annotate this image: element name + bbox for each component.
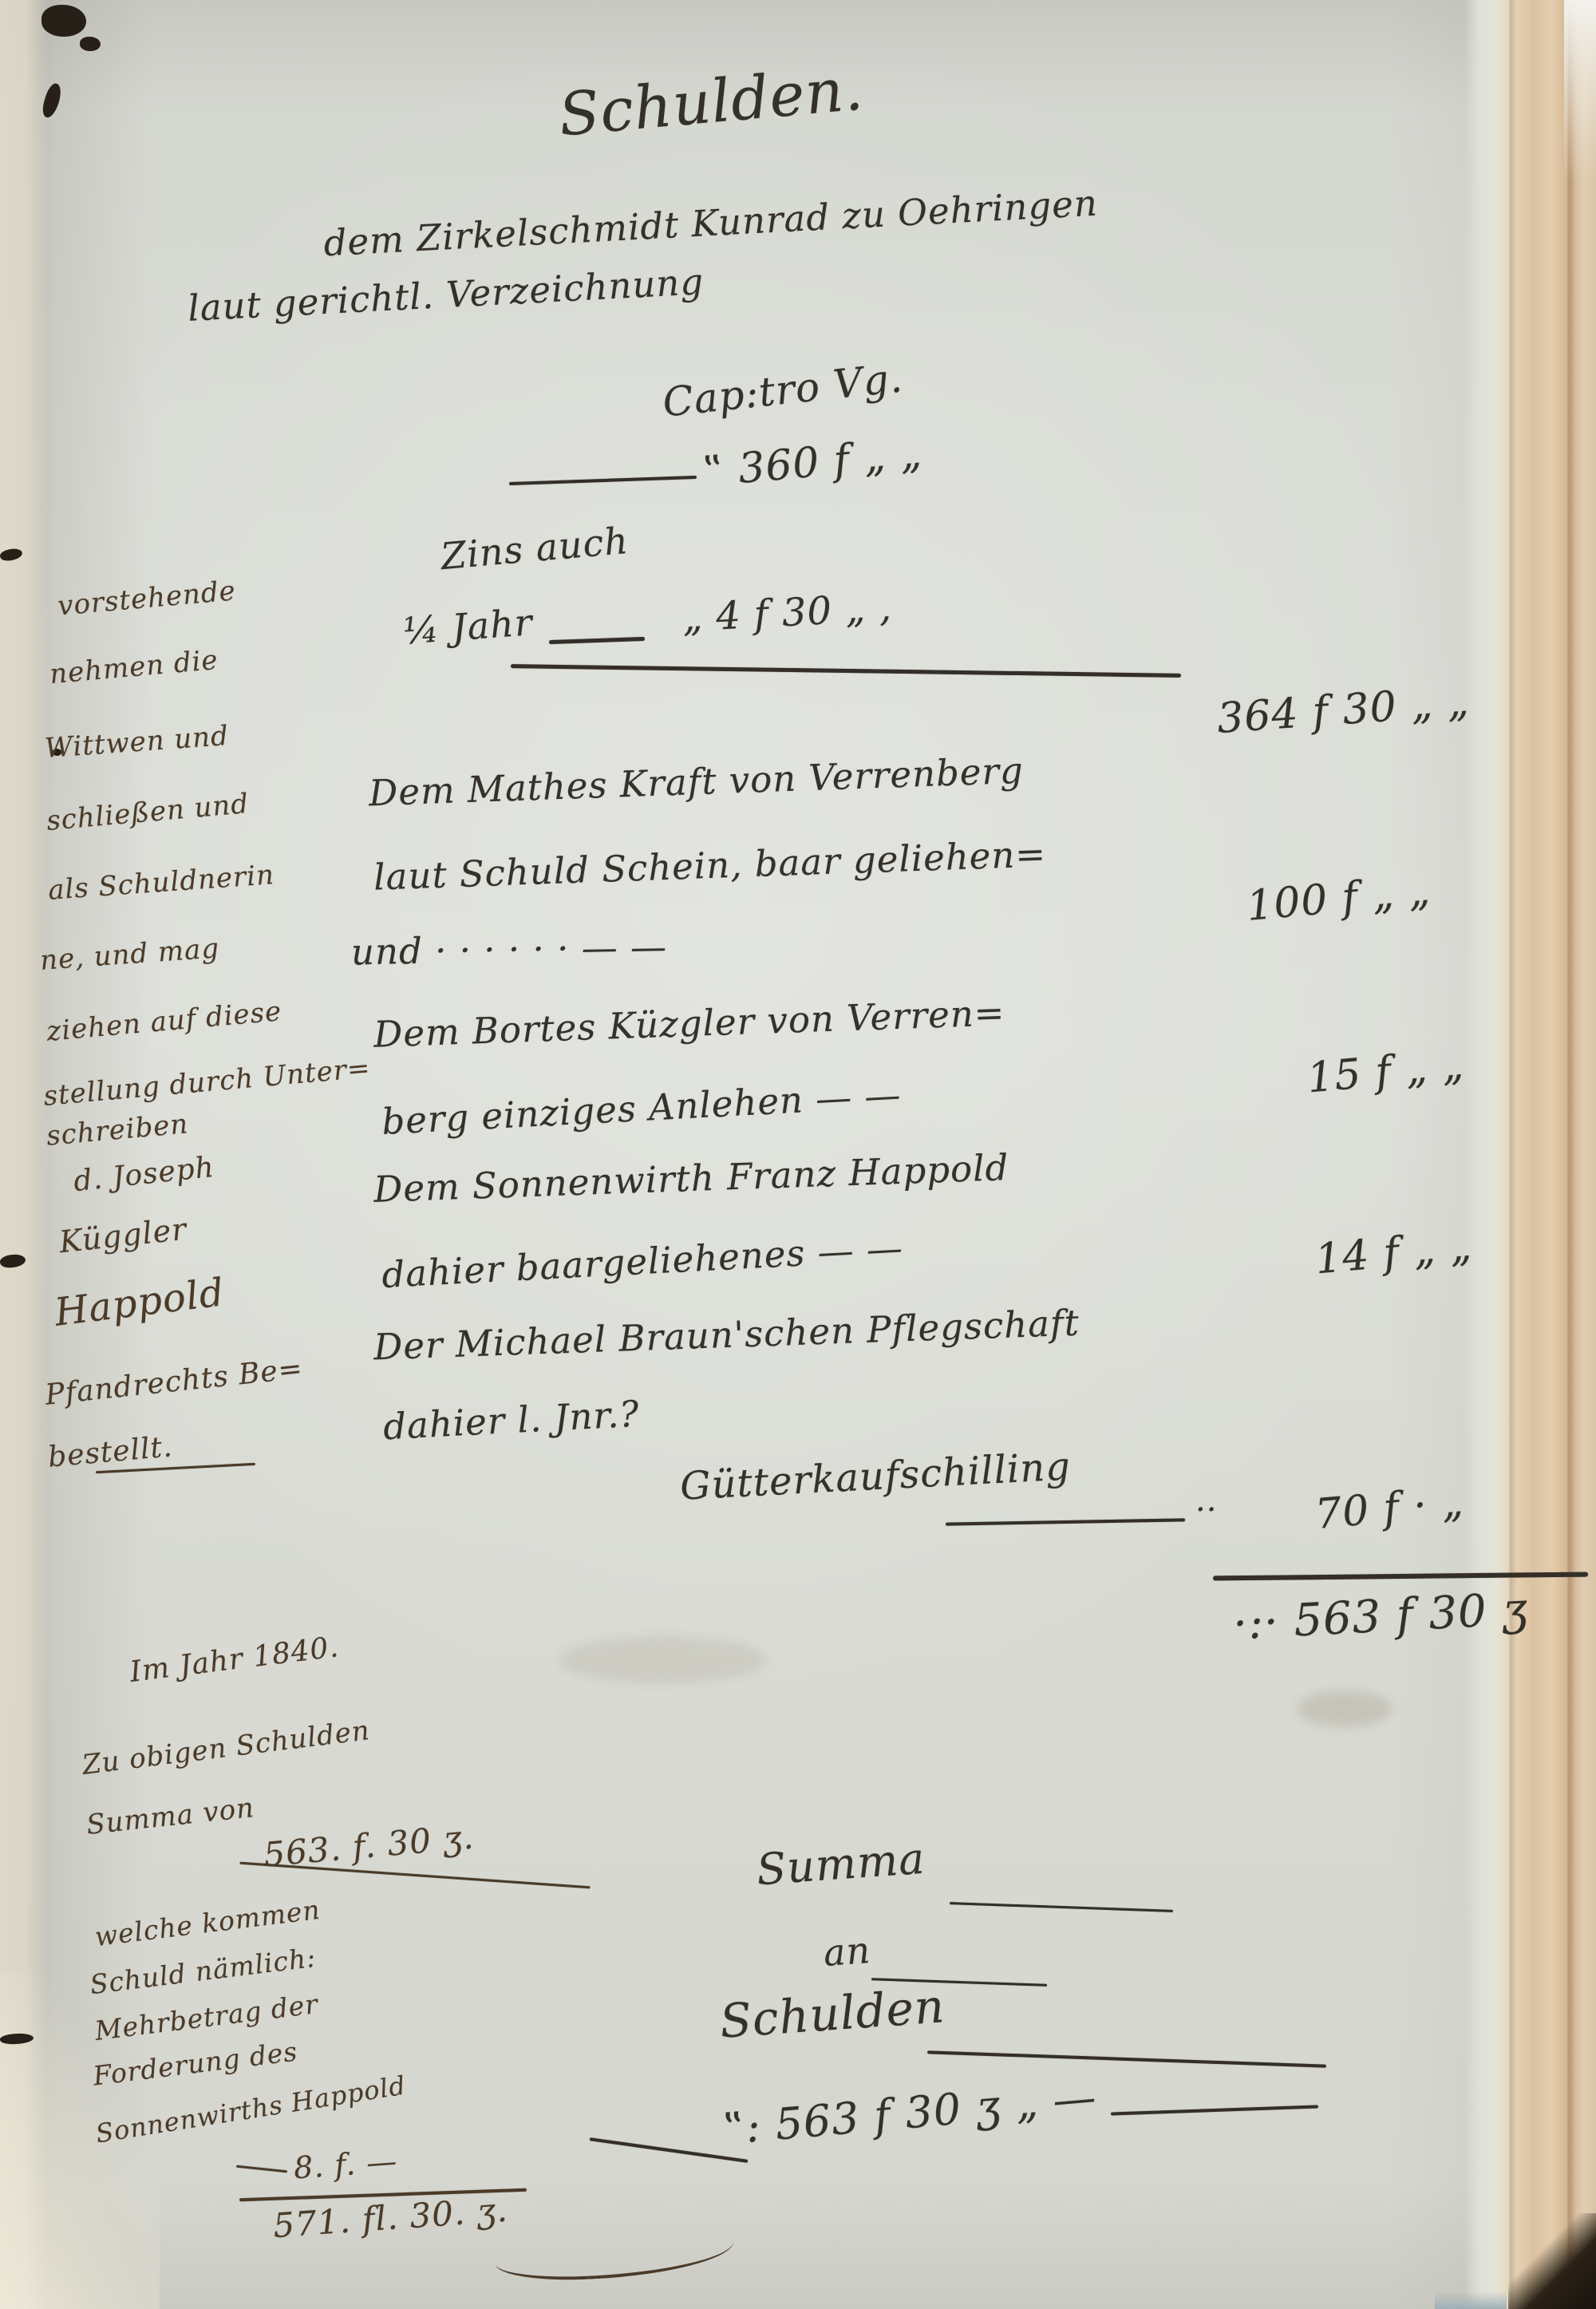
page-title: Schulden. [556,57,866,148]
ink-smudge [41,5,86,37]
margin-note-line: schließen und [45,789,251,836]
ink-flourish [494,2220,736,2284]
year-note-line: Im Jahr 1840. [128,1631,341,1688]
ink-rule-schulden [927,2050,1326,2067]
margin-note-line: Happold [53,1271,227,1334]
year-note-line: welche kommen [93,1896,322,1952]
margin-note-line: nehmen die [49,646,219,690]
margin-note-line: als Schuldnerin [47,860,275,906]
header-line-2: laut gerichtl. Verzeichnung [187,262,705,328]
margin-note-line: Küggler [57,1213,188,1259]
zins-amount: „ 4 f 30 „ , [681,587,893,639]
ink-smudge [80,37,101,51]
entry-3-line-1: Dem Sonnenwirth Franz Happold [373,1148,1009,1209]
capital-subtotal: 364 f 30 „ „ [1215,679,1471,742]
entry-1-amount: 100 f „ „ [1245,868,1432,930]
summa-amount: ‟: 563 f 30 ʒ „ — [721,2074,1098,2153]
entry-3-amount: 14 f „ „ [1314,1224,1474,1283]
year-note-line: Schuld nämlich: [89,1943,318,2000]
entry-4-line-3: Gütterkaufschilling [679,1445,1072,1508]
ink-rule-guetterkauf [946,1518,1185,1525]
ink-rule-sum-right [1111,2105,1318,2115]
entry-4-line-2: dahier l. Jnr.? [382,1394,641,1447]
bottom-right-shadow [1508,2213,1596,2309]
year-note-total: 571. fl. 30. ʒ. [272,2192,509,2245]
entry-3-line-2: dahier baargeliehenes — — [381,1228,904,1295]
header-line-1: dem Zirkelschmidt Kunrad zu Oehringen [322,184,1099,263]
year-note-line: 8. f. — [293,2145,399,2186]
zins-period: ¼ Jahr [401,602,534,651]
ink-rule-capital [509,476,697,485]
entry-4-line-1: Der Michael Braun'schen Pflegschaft [373,1303,1080,1367]
entry-1-line-2: laut Schuld Schein, baar geliehen= [373,834,1046,897]
capital-amount: ‟ 360 f „ „ [701,431,924,496]
margin-note-line: ne, und mag [39,934,220,976]
ink-rule-yearnote [239,1862,590,1889]
entry-1-line-3: und · · · · · · — — [351,927,668,972]
right-page-edge-stack [1464,0,1596,2309]
entry-2-line-2: berg einziges Anlehen — — [381,1075,902,1142]
entry-1-line-1: Dem Mathes Kraft von Verrenberg [368,751,1024,813]
zins-label: Zins auch [439,520,630,577]
summa-an: an [822,1930,871,1974]
pencil-smudge [1297,1690,1393,1727]
chapter-heading: Cap:tro Vg. [661,356,905,425]
bottom-edge-sliver [1435,2291,1507,2309]
ink-rule-under-zins [511,664,1181,678]
summa-label: Summa [755,1835,926,1894]
right-edge-highlight [1564,0,1596,184]
entry-2-amount: 15 f „ „ [1306,1043,1466,1102]
margin-note-line: d. Joseph [72,1152,215,1198]
bleedthrough-smudge [559,1636,766,1684]
margin-note-line: Pfandrechts Be= [44,1353,305,1411]
margin-note-line: schreiben [45,1109,190,1152]
year-note-line: Zu obigen Schulden [81,1716,372,1781]
year-note-line: Summa von [85,1793,256,1840]
ink-rule-zins [549,637,645,644]
entry-4-trailer: ·· [1195,1493,1217,1528]
entry-4-amount: 70 f · „ [1314,1480,1466,1538]
summa-schulden: Schulden [718,1981,946,2047]
ink-rule-8f [236,2165,287,2173]
manuscript-page: Schulden. dem Zirkelschmidt Kunrad zu Oe… [0,0,1596,2309]
margin-note-line: vorstehende [57,576,237,622]
margin-note-line: ziehen auf diese [45,997,283,1047]
margin-note-line: Wittwen und [44,722,230,764]
ink-rule-summa [950,1902,1173,1912]
entry-2-line-1: Dem Bortes Küzgler von Verren= [373,993,1005,1054]
left-page-edge [0,0,48,2309]
margin-note-line: stellung durch Unter= [42,1054,372,1112]
